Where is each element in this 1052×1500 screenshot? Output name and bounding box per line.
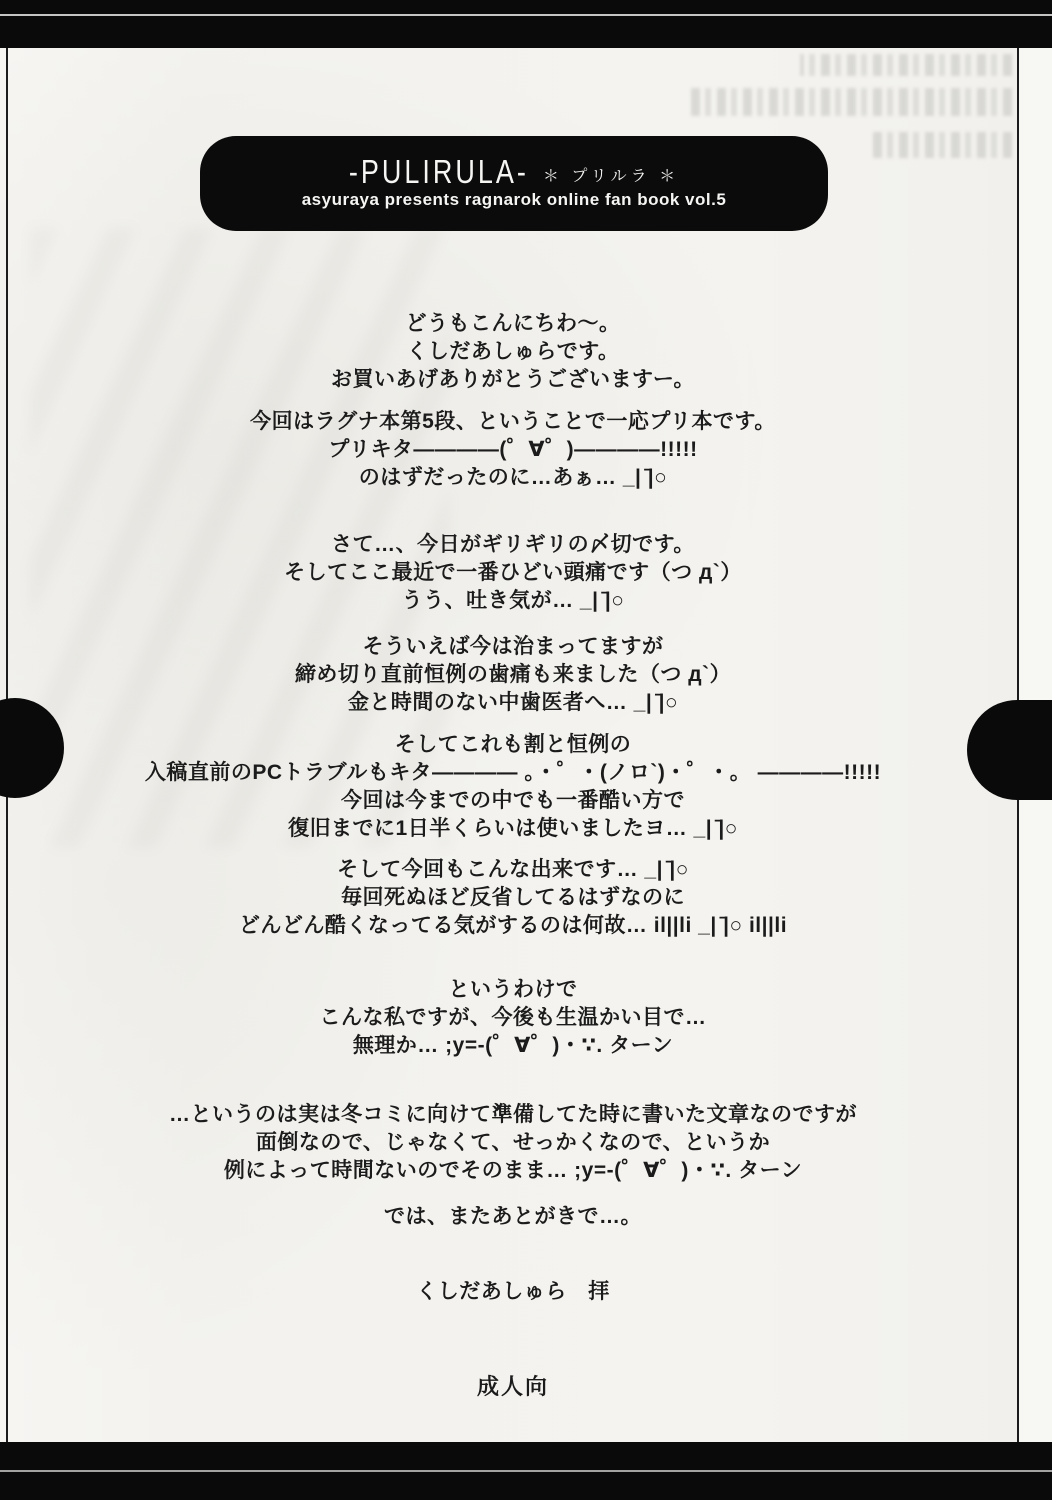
text-line: うう、吐き気が… _| ̄|○: [8, 587, 1018, 615]
text-line: 入稿直前のPCトラブルもキタ―――― 。・゜・(ノロ`)・゜・。 ――――!!!…: [8, 759, 1018, 787]
bleedthrough-text-line: [872, 132, 1012, 158]
closing-line: では、またあとがきで…。: [8, 1203, 1018, 1231]
text-line: そしてここ最近で一番ひどい頭痛です（つ д`）: [8, 559, 1018, 587]
text-line: こんな私ですが、今後も生温かい目で…: [8, 1004, 1018, 1032]
paragraph-winter-comiket-note: …というのは実は冬コミに向けて準備してた時に書いた文章なのですが 面倒なので、じ…: [8, 1101, 1018, 1185]
scan-border-bottom: [0, 1442, 1052, 1500]
banner-title-row: -PULIRULA- ＊ プリルラ ＊: [349, 157, 679, 188]
book-title: -PULIRULA-: [349, 153, 529, 192]
text-line: さて…、今日がギリギリの〆切です。: [8, 531, 1018, 559]
text-line: どんどん酷くなってる気がするのは何故… il||li _| ̄|○ il||li: [8, 912, 1018, 940]
text-line: 今回は今までの中でも一番酷い方で: [8, 787, 1018, 815]
text-line: というわけで: [8, 976, 1018, 1004]
book-title-japanese: ＊ プリルラ ＊: [543, 163, 679, 186]
text-line: そして今回もこんな出来です… _| ̄|○: [8, 856, 1018, 884]
text-line: 無理か… ;y=-(゜∀゜)・∵. ターン: [8, 1032, 1018, 1060]
scanned-page: -PULIRULA- ＊ プリルラ ＊ asyuraya presents ra…: [0, 48, 1052, 1442]
text-line: 金と時間のない中歯医者へ… _| ̄|○: [8, 689, 1018, 717]
title-banner: -PULIRULA- ＊ プリルラ ＊ asyuraya presents ra…: [200, 136, 828, 231]
bleedthrough-text-line: [688, 88, 1012, 116]
text-line: 今回はラグナ本第5段、ということで一応プリ本です。: [8, 408, 1018, 436]
text-line: そういえば今は治まってますが: [8, 633, 1018, 661]
text-line: 復旧までに1日半くらいは使いましたヨ… _| ̄|○: [8, 815, 1018, 843]
text-line: プリキタ――――(゜∀゜)――――!!!!!: [8, 436, 1018, 464]
text-line: そしてこれも割と恒例の: [8, 731, 1018, 759]
author-signature: くしだあしゅら 拝: [8, 1278, 1018, 1306]
text-line: のはずだったのに…あぁ… _| ̄|○: [8, 464, 1018, 492]
paragraph-self-reflection: そして今回もこんな出来です… _| ̄|○ 毎回死ぬほど反省してるはずなのに ど…: [8, 856, 1018, 940]
scan-border-top: [0, 0, 1052, 48]
scan-hairline-bottom: [0, 1470, 1052, 1472]
text-line: …というのは実は冬コミに向けて準備してた時に書いた文章なのですが: [8, 1101, 1018, 1129]
text-line: 面倒なので、じゃなくて、せっかくなので、というか: [8, 1129, 1018, 1157]
text-line: くしだあしゅらです。: [8, 338, 1018, 366]
text-line: 例によって時間ないのでそのまま… ;y=-(゜∀゜)・∵. ターン: [8, 1157, 1018, 1185]
text-line: 締め切り直前恒例の歯痛も来ました（つ д`）: [8, 661, 1018, 689]
text-line: どうもこんにちわ～。: [8, 310, 1018, 338]
book-subtitle: asyuraya presents ragnarok online fan bo…: [302, 190, 727, 210]
paragraph-book-intro: 今回はラグナ本第5段、ということで一応プリ本です。 プリキタ――――(゜∀゜)―…: [8, 408, 1018, 492]
adult-rating-label: 成人向: [8, 1373, 1018, 1401]
text-line: お買いあげありがとうございますー。: [8, 366, 1018, 394]
paragraph-greeting: どうもこんにちわ～。 くしだあしゅらです。 お買いあげありがとうございますー。: [8, 310, 1018, 394]
paragraph-request: というわけで こんな私ですが、今後も生温かい目で… 無理か… ;y=-(゜∀゜)…: [8, 976, 1018, 1060]
paragraph-toothache: そういえば今は治まってますが 締め切り直前恒例の歯痛も来ました（つ д`） 金と…: [8, 633, 1018, 717]
paragraph-pc-trouble: そしてこれも割と恒例の 入稿直前のPCトラブルもキタ―――― 。・゜・(ノロ`)…: [8, 731, 1018, 843]
paragraph-deadline: さて…、今日がギリギリの〆切です。 そしてここ最近で一番ひどい頭痛です（つ д`…: [8, 531, 1018, 615]
bleedthrough-text-line: [800, 54, 1012, 76]
text-line: 毎回死ぬほど反省してるはずなのに: [8, 884, 1018, 912]
scan-hairline-top: [0, 14, 1052, 16]
